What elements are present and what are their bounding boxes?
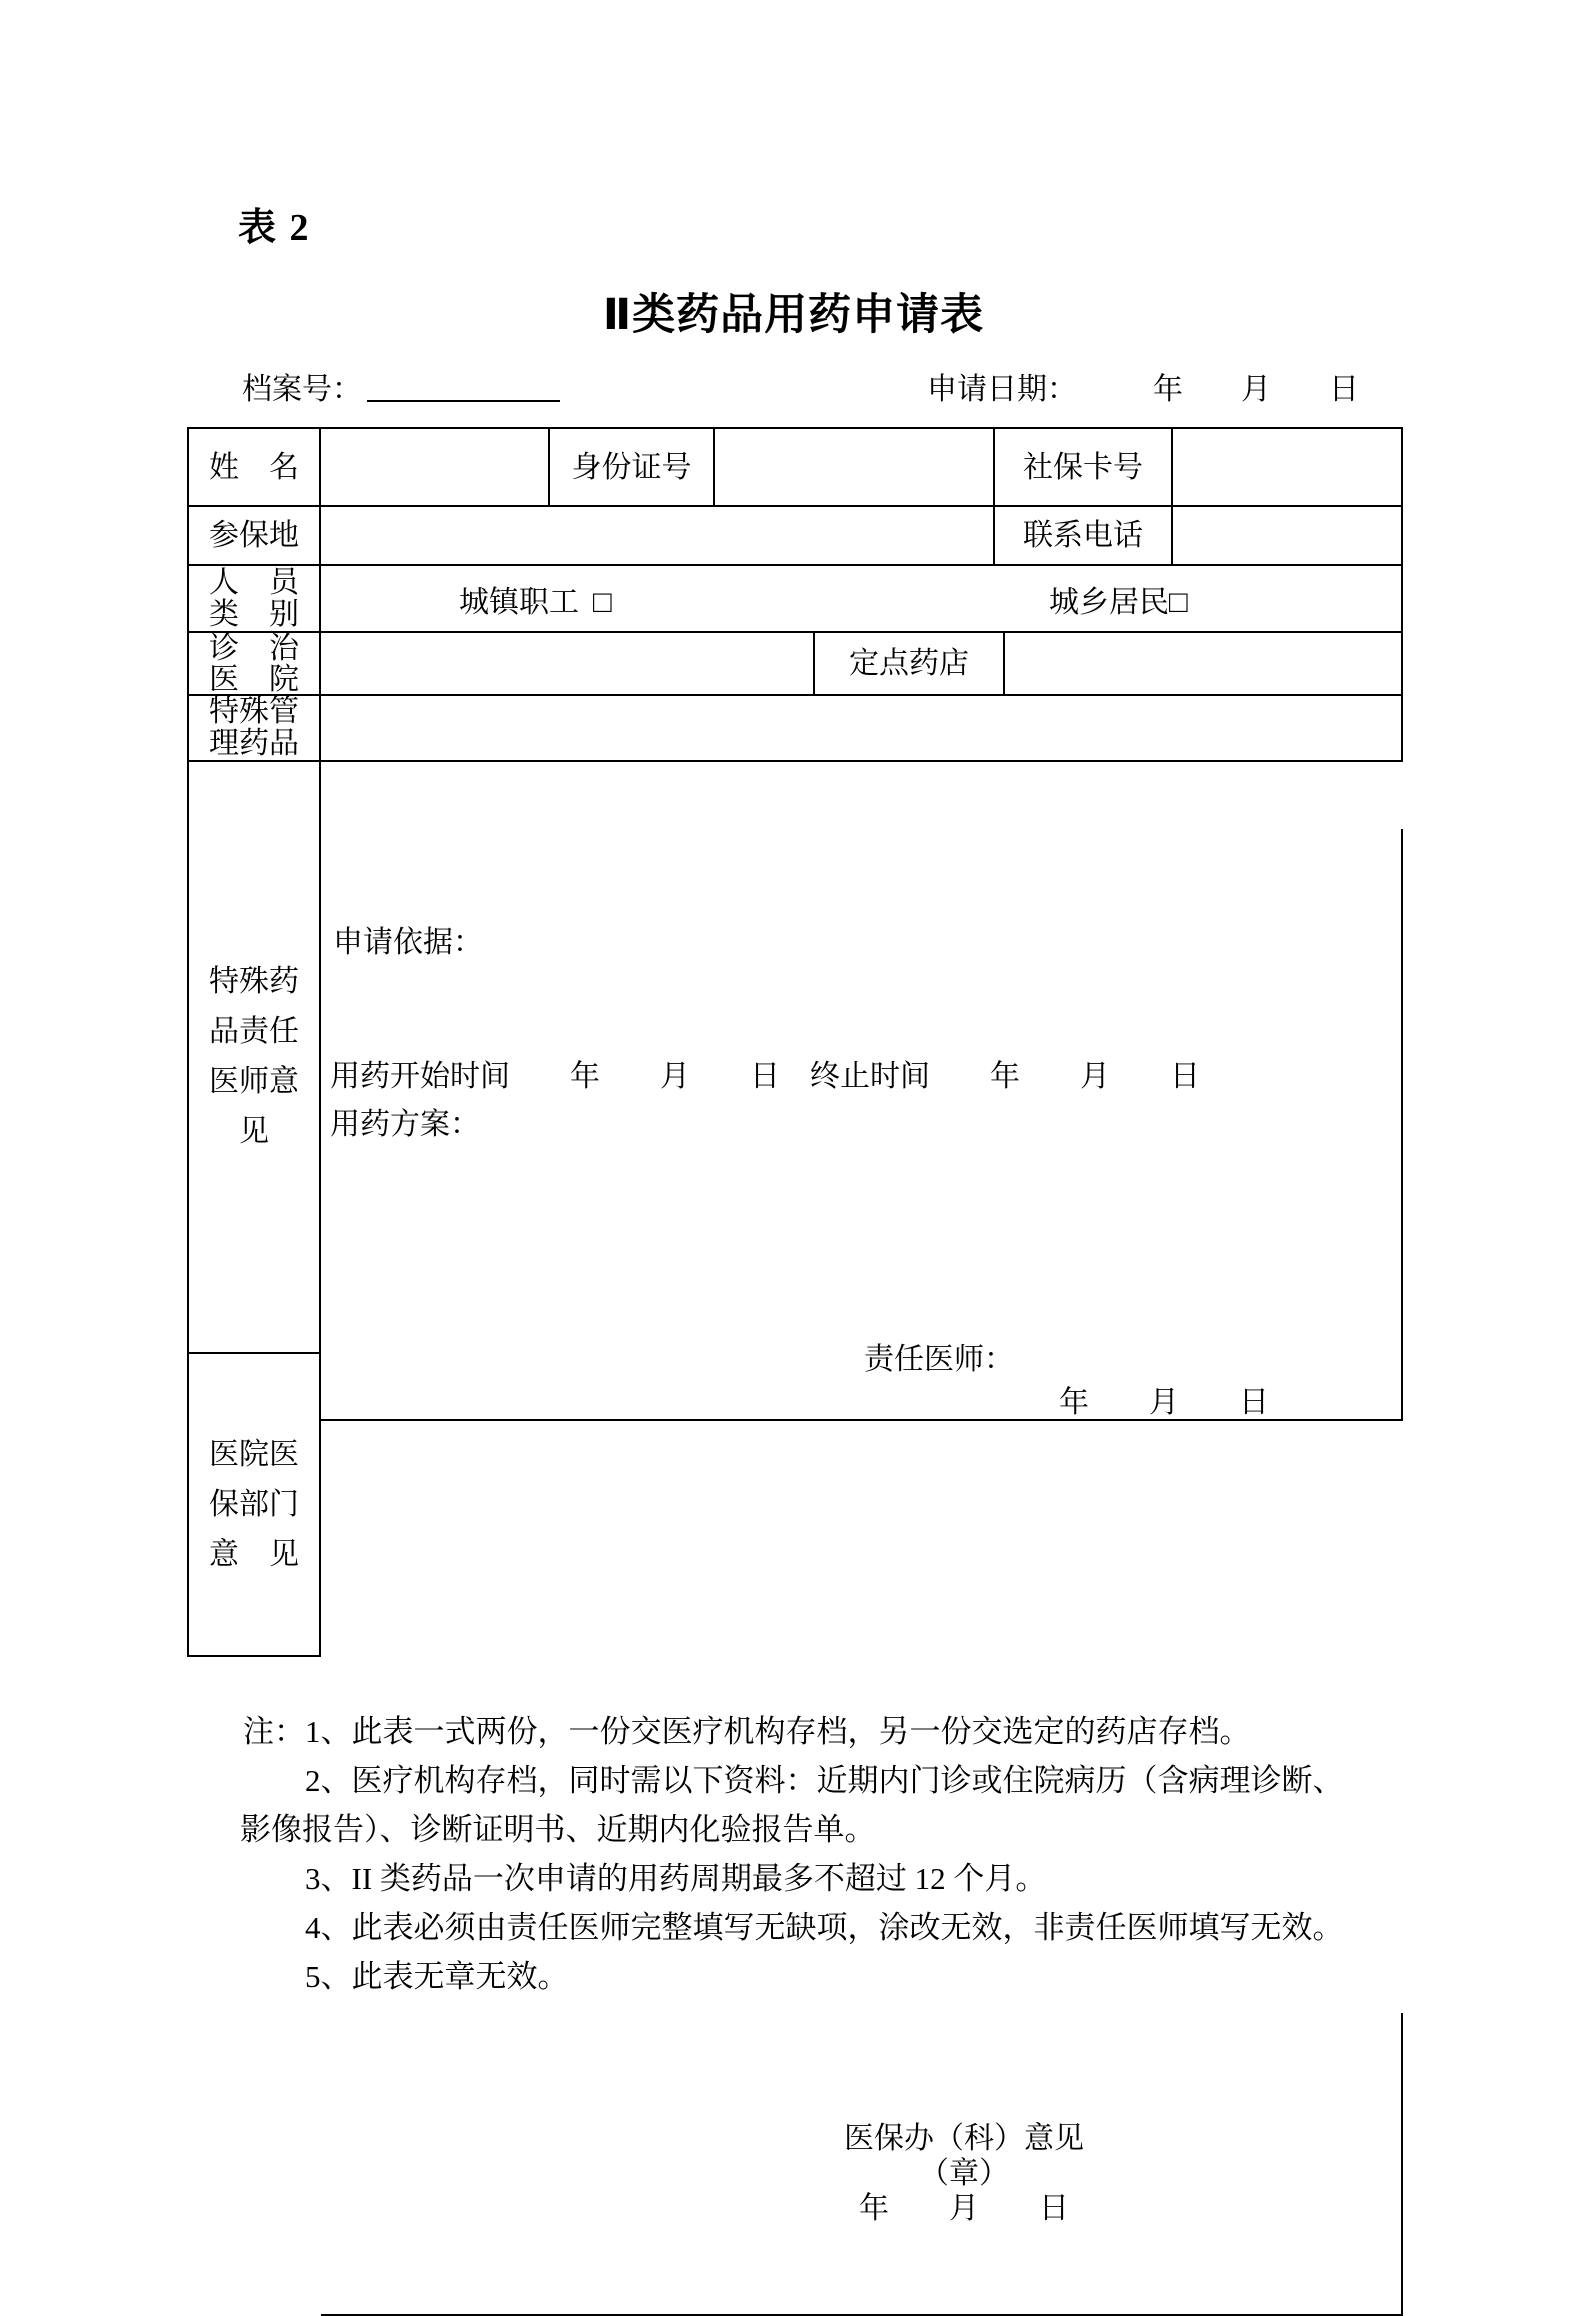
medication-period-line: 用药开始时间 年 月 日 终止时间 年 月 日 bbox=[330, 1051, 1200, 1095]
physician-signature-label: 责任医师： bbox=[864, 1334, 1014, 1378]
urban-employee-label: 城镇职工 bbox=[459, 586, 579, 619]
id-number-label: 身份证号 bbox=[550, 429, 715, 507]
person-type-cell: 城镇职工□ 城乡居民□ bbox=[321, 566, 1403, 633]
note-line-5: 4、此表必须由责任医师完整填写无缺项，涂改无效，非责任医师填写无效。 bbox=[305, 1902, 1344, 1947]
insured-place-value-cell[interactable] bbox=[321, 507, 995, 566]
insurance-office-opinion-line: 医保办（科）意见 bbox=[844, 2121, 1084, 2156]
physician-opinion-cell[interactable]: 申请依据： 用药开始时间 年 月 日 终止时间 年 月 日 用药方案： 责任医师… bbox=[321, 829, 1403, 1421]
insurance-dept-opinion-label: 医院医 保部门 意 见 bbox=[189, 1354, 321, 1657]
application-form-table: 姓 名 身份证号 社保卡号 参保地 联系电话 人 员 类 别 城镇职工□ 城乡居… bbox=[187, 427, 1403, 1657]
day-label: 日 bbox=[1329, 373, 1359, 406]
note-line-6: 5、此表无章无效。 bbox=[305, 1951, 569, 1996]
page-title: Ⅱ类药品用药申请表 bbox=[0, 281, 1587, 342]
id-number-value-cell[interactable] bbox=[715, 429, 995, 507]
note-line-2: 2、医疗机构存档，同时需以下资料：近期内门诊或住院病历（含病理诊断、 bbox=[305, 1755, 1344, 1800]
rural-resident-label: 城乡居民 bbox=[1049, 586, 1169, 619]
name-value-cell[interactable] bbox=[321, 429, 550, 507]
phone-value-cell[interactable] bbox=[1173, 507, 1403, 566]
social-card-value-cell[interactable] bbox=[1173, 429, 1403, 507]
apply-date-line: 申请日期：年月日 bbox=[927, 364, 1359, 408]
table-caption: 表 2 bbox=[238, 196, 311, 251]
year-label: 年 bbox=[1153, 373, 1183, 406]
urban-employee-checkbox-icon[interactable]: □ bbox=[593, 584, 612, 619]
pharmacy-label: 定点药店 bbox=[815, 633, 1005, 696]
dept-date-line: 年 月 日 bbox=[844, 2191, 1084, 2226]
note-line-4: 3、II 类药品一次申请的用药周期最多不超过 12 个月。 bbox=[305, 1853, 1046, 1898]
apply-date-label: 申请日期： bbox=[927, 373, 1077, 406]
insurance-dept-opinion-cell[interactable]: 医保办（科）意见 （章） 年 月 日 bbox=[321, 2013, 1403, 2316]
seal-line: （章） bbox=[844, 2156, 1084, 2191]
social-card-label: 社保卡号 bbox=[995, 429, 1173, 507]
insured-place-label: 参保地 bbox=[189, 507, 321, 566]
physician-signature-date: 年 月 日 bbox=[1059, 1377, 1269, 1421]
note-line-1: 注：1、此表一式两份，一份交医疗机构存档，另一份交选定的药店存档。 bbox=[243, 1706, 1251, 1751]
special-drug-label: 特殊管 理药品 bbox=[189, 696, 321, 762]
rural-resident-checkbox-icon[interactable]: □ bbox=[1169, 584, 1188, 619]
name-label: 姓 名 bbox=[189, 429, 321, 507]
note-line-3: 影像报告）、诊断证明书、近期内化验报告单。 bbox=[240, 1804, 876, 1849]
option-rural-resident: 城乡居民□ bbox=[1049, 577, 1188, 621]
hospital-value-cell[interactable] bbox=[321, 633, 815, 696]
insurance-dept-sign-block: 医保办（科）意见 （章） 年 月 日 bbox=[844, 2121, 1084, 2226]
month-label: 月 bbox=[1241, 373, 1271, 406]
physician-opinion-label: 特殊药 品责任 医师意 见 bbox=[189, 762, 321, 1354]
application-basis-label: 申请依据： bbox=[333, 917, 483, 961]
option-urban-employee: 城镇职工□ bbox=[459, 577, 612, 621]
hospital-label: 诊 治 医 院 bbox=[189, 633, 321, 696]
file-no-blank-line[interactable] bbox=[367, 400, 560, 402]
person-type-label: 人 员 类 别 bbox=[189, 566, 321, 633]
pharmacy-value-cell[interactable] bbox=[1005, 633, 1403, 696]
special-drug-value-cell[interactable] bbox=[321, 696, 1403, 762]
file-no-label: 档案号： bbox=[242, 364, 362, 408]
medication-plan-label: 用药方案： bbox=[330, 1099, 480, 1143]
document-page: 表 2 Ⅱ类药品用药申请表 档案号： 申请日期：年月日 姓 名 身份证号 社保卡… bbox=[0, 0, 1587, 2245]
phone-label: 联系电话 bbox=[995, 507, 1173, 566]
